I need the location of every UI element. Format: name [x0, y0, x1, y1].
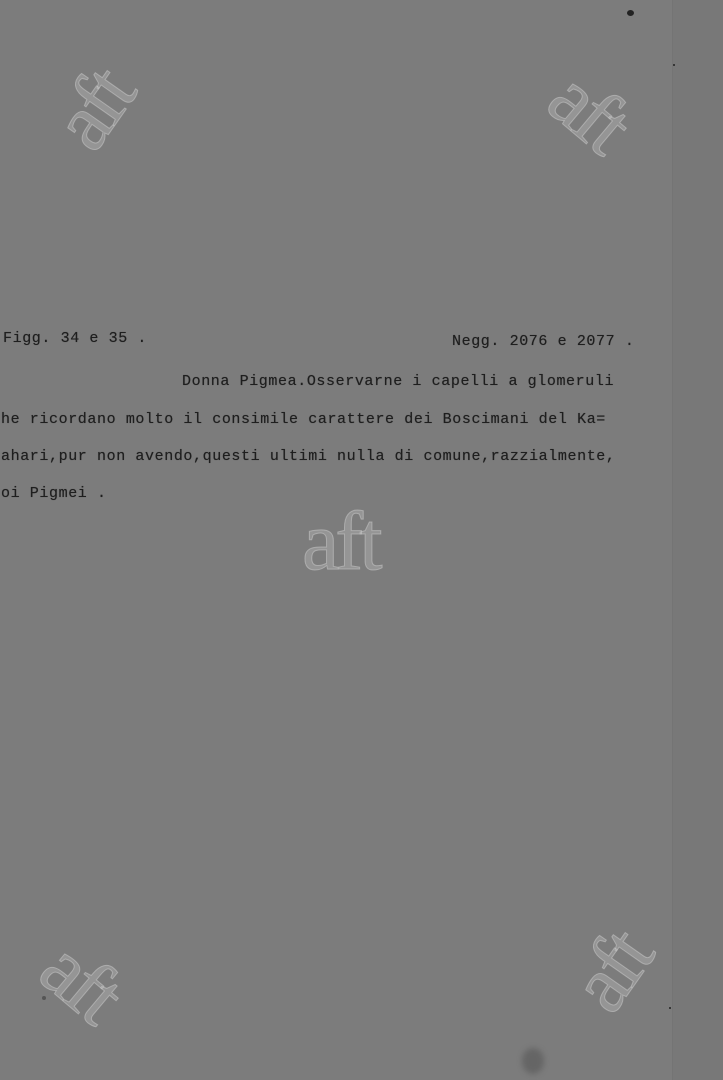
caption-line: ahari,pur non avendo,questi ultimi nulla… — [1, 449, 616, 464]
caption-line: he ricordano molto il consimile caratter… — [1, 412, 606, 427]
caption-line: oi Pigmei . — [1, 486, 107, 501]
ink-speck — [627, 10, 634, 16]
aft-watermark-center: aft — [302, 500, 379, 584]
aft-watermark-top-right: aft — [534, 56, 644, 167]
dust-speck — [669, 1007, 671, 1009]
scan-edge-strip — [672, 0, 723, 1080]
aft-watermark-bottom-left: aft — [26, 926, 136, 1037]
negative-reference: Negg. 2076 e 2077 . — [452, 334, 634, 349]
scan-smudge — [522, 1048, 544, 1074]
caption-line: Donna Pigmea.Osservarne i capelli a glom… — [182, 374, 614, 389]
scanned-page: aft aft aft aft aft Figg. 34 e 35 . Negg… — [0, 0, 723, 1080]
figure-reference: Figg. 34 e 35 . — [3, 331, 147, 346]
aft-watermark-bottom-right: aft — [556, 917, 666, 1025]
aft-watermark-top-left: aft — [38, 55, 148, 163]
dust-speck — [673, 64, 675, 66]
